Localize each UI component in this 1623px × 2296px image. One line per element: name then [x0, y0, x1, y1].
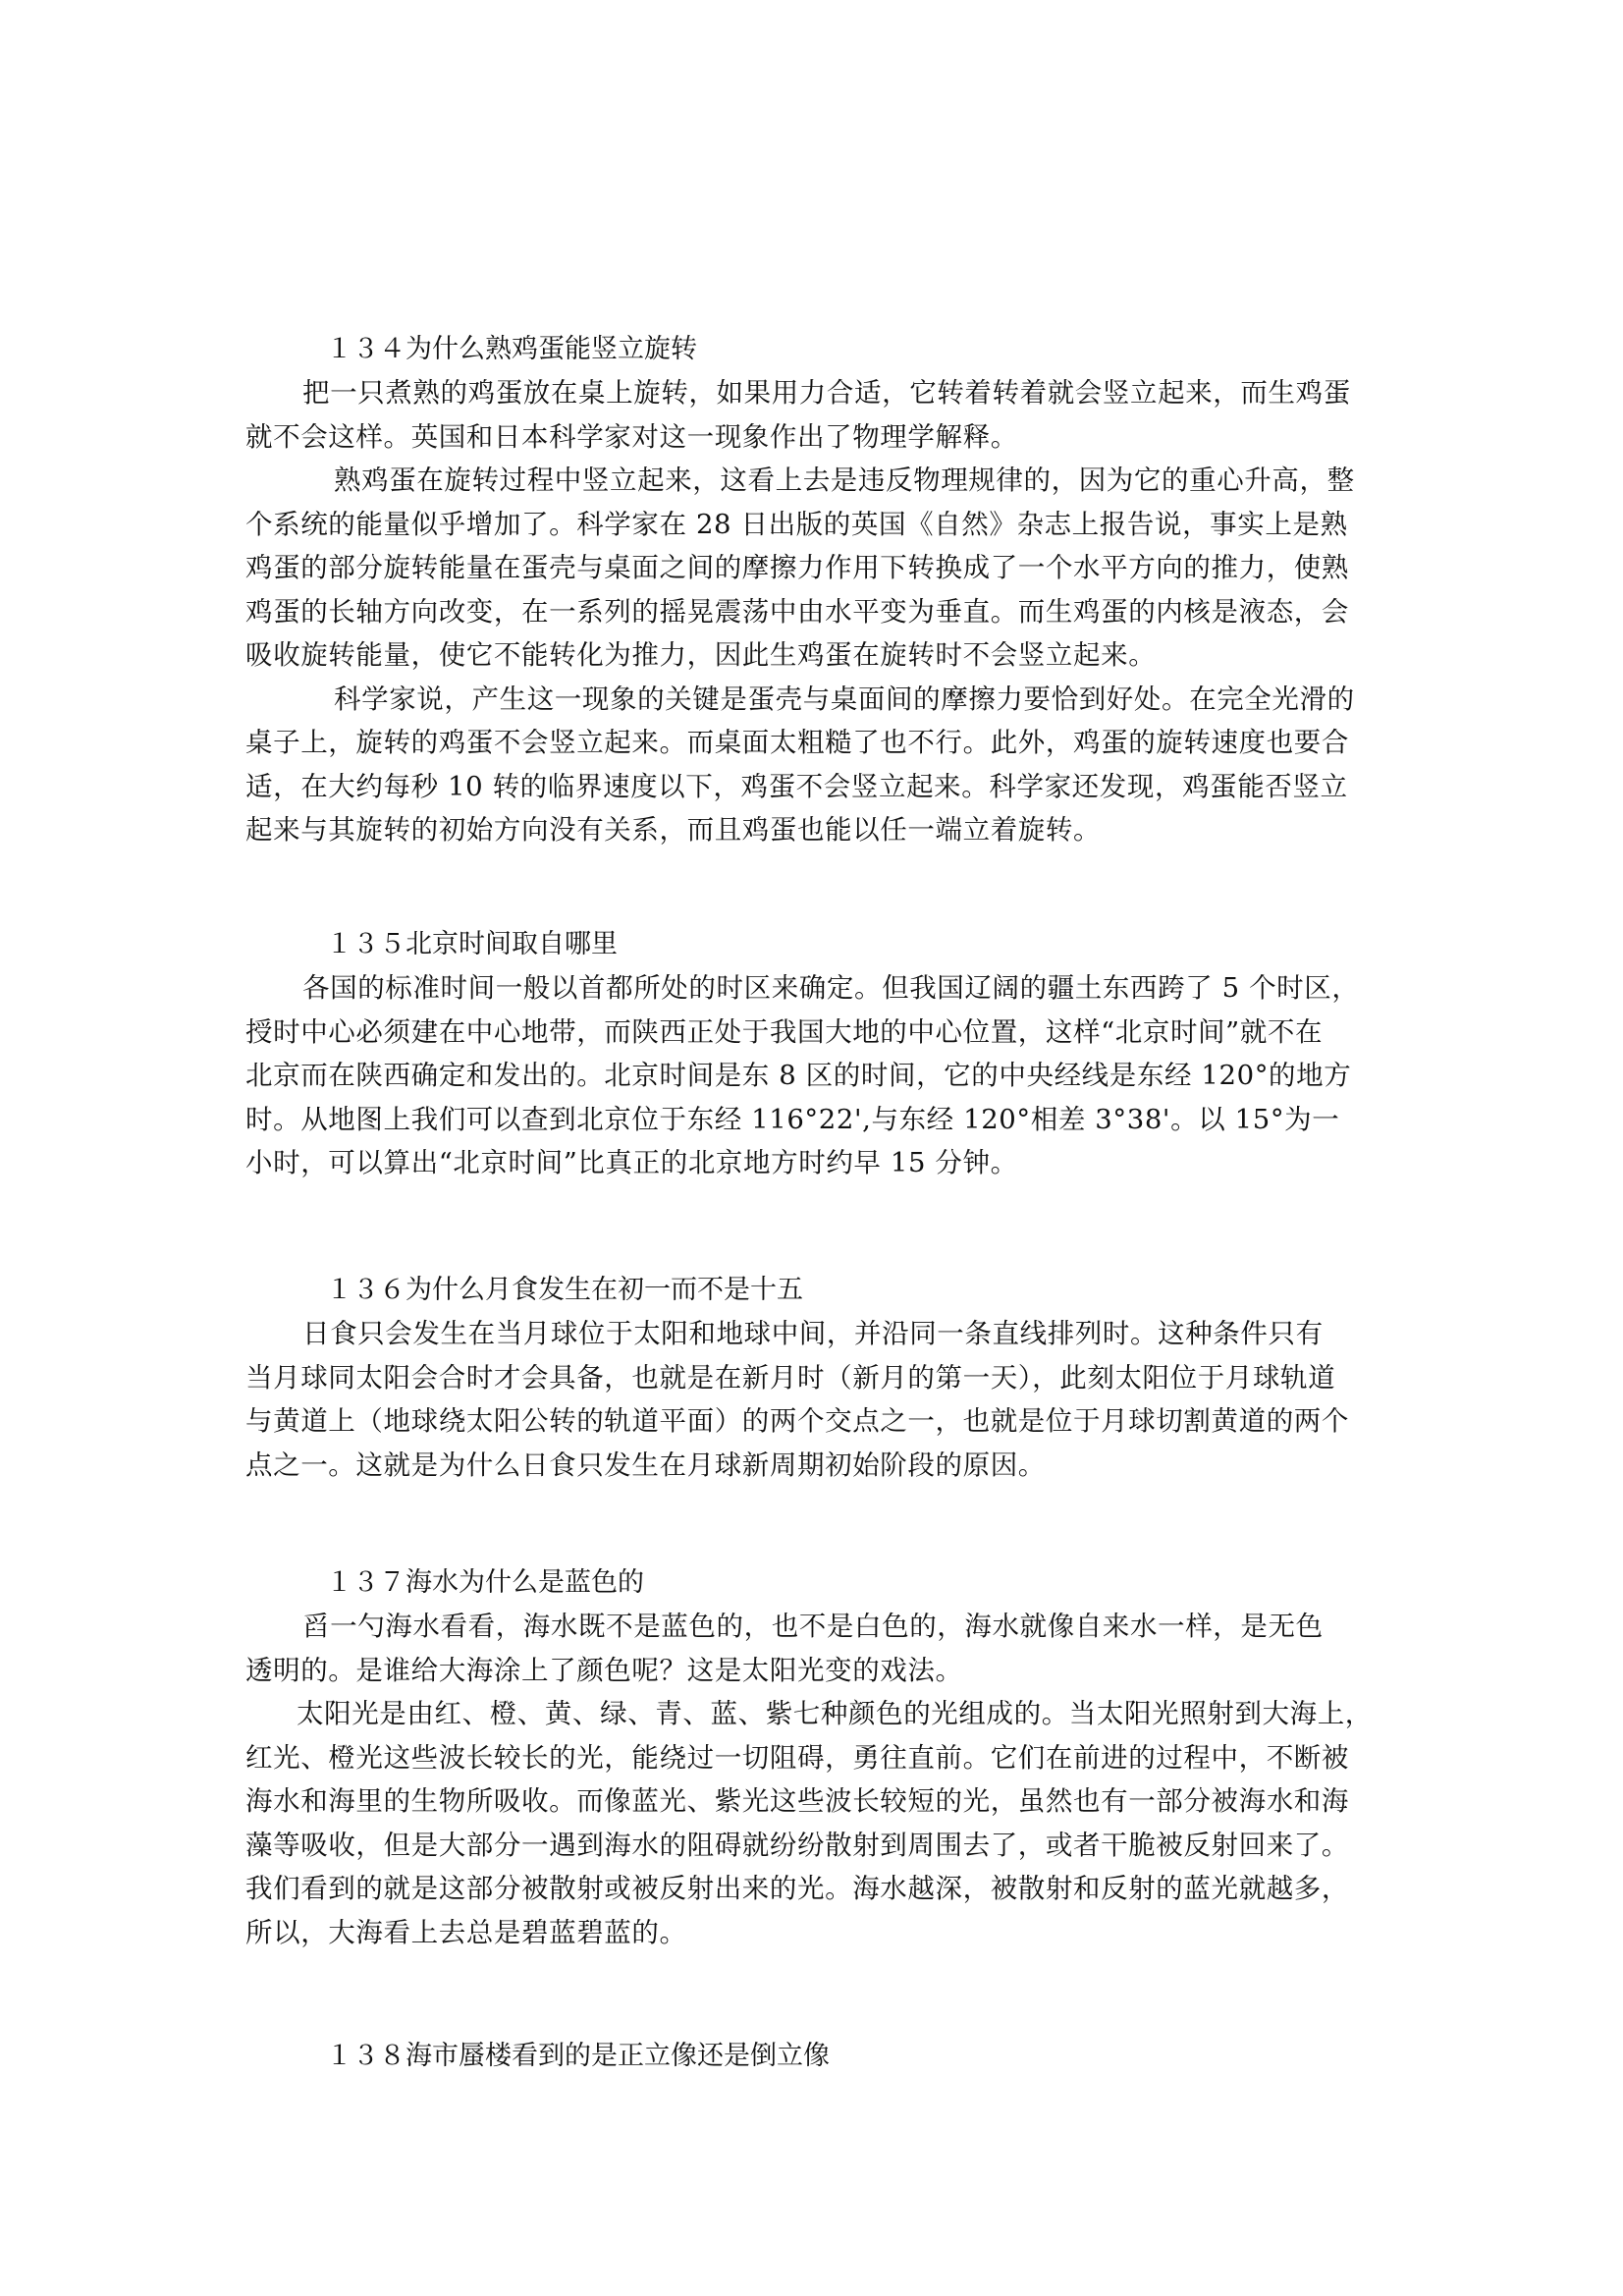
- section-title: １３５北京时间取自哪里: [245, 923, 1384, 966]
- paragraph: 科学家说，产生这一现象的关键是蛋壳与桌面间的摩擦力要恰到好处。在完全光滑的 桌子…: [245, 678, 1384, 852]
- text-line: 红光、橙光这些波长较长的光，能绕过一切阻碍，勇往直前。它们在前进的过程中，不断被: [245, 1736, 1384, 1780]
- text-line: 舀一勺海水看看，海水既不是蓝色的，也不是白色的，海水就像自来水一样，是无色: [245, 1605, 1384, 1649]
- text-line: 就不会这样。英国和日本科学家对这一现象作出了物理学解释。: [245, 415, 1384, 460]
- text-line: 授时中心必须建在中心地带，而陕西正处于我国大地的中心位置，这样“北京时间”就不在: [245, 1011, 1384, 1055]
- paragraph: 熟鸡蛋在旋转过程中竖立起来，这看上去是违反物理规律的，因为它的重心升高，整 个系…: [245, 459, 1384, 678]
- text-line: 日食只会发生在当月球位于太阳和地球中间，并沿同一条直线排列时。这种条件只有: [245, 1312, 1384, 1356]
- text-line: 鸡蛋的长轴方向改变，在一系列的摇晃震荡中由水平变为垂直。而生鸡蛋的内核是液态，会: [245, 590, 1384, 634]
- text-line: 海水和海里的生物所吸收。而像蓝光、紫光这些波长较短的光，虽然也有一部分被海水和海: [245, 1779, 1384, 1824]
- section-137: １３７海水为什么是蓝色的 舀一勺海水看看，海水既不是蓝色的，也不是白色的，海水就…: [245, 1561, 1384, 1954]
- text-line: 藻等吸收，但是大部分一遇到海水的阻碍就纷纷散射到周围去了，或者干脆被反射回来了。: [245, 1824, 1384, 1868]
- paragraph: 太阳光是由红、橙、黄、绿、青、蓝、紫七种颜色的光组成的。当太阳光照射到大海上， …: [245, 1692, 1384, 1954]
- text-line: 点之一。这就是为什么日食只发生在月球新周期初始阶段的原因。: [245, 1444, 1384, 1488]
- paragraph: 日食只会发生在当月球位于太阳和地球中间，并沿同一条直线排列时。这种条件只有 当月…: [245, 1312, 1384, 1487]
- text-line: 适，在大约每秒 10 转的临界速度以下，鸡蛋不会竖立起来。科学家还发现，鸡蛋能否…: [245, 765, 1384, 809]
- section-title: １３６为什么月食发生在初一而不是十五: [245, 1269, 1384, 1312]
- text-line: 桌子上，旋转的鸡蛋不会竖立起来。而桌面太粗糙了也不行。此外，鸡蛋的旋转速度也要合: [245, 721, 1384, 765]
- text-line: 我们看到的就是这部分被散射或被反射出来的光。海水越深，被散射和反射的蓝光就越多，: [245, 1867, 1384, 1911]
- text-line: 科学家说，产生这一现象的关键是蛋壳与桌面间的摩擦力要恰到好处。在完全光滑的: [245, 678, 1384, 722]
- text-line: 鸡蛋的部分旋转能量在蛋壳与桌面之间的摩擦力作用下转换成了一个水平方向的推力，使熟: [245, 546, 1384, 590]
- text-line: 熟鸡蛋在旋转过程中竖立起来，这看上去是违反物理规律的，因为它的重心升高，整: [245, 459, 1384, 503]
- section-title: １３７海水为什么是蓝色的: [245, 1561, 1384, 1605]
- text-line: 与黄道上（地球绕太阳公转的轨道平面）的两个交点之一，也就是位于月球切割黄道的两个: [245, 1399, 1384, 1444]
- text-line: 各国的标准时间一般以首都所处的时区来确定。但我国辽阔的疆土东西跨了 5 个时区，: [245, 966, 1384, 1011]
- section-138: １３８海市蜃楼看到的是正立像还是倒立像: [245, 2035, 1384, 2078]
- section-136: １３６为什么月食发生在初一而不是十五 日食只会发生在当月球位于太阳和地球中间，并…: [245, 1269, 1384, 1487]
- text-line: 时。从地图上我们可以查到北京位于东经 116°22',与东经 120°相差 3°…: [245, 1098, 1384, 1142]
- section-title: １３８海市蜃楼看到的是正立像还是倒立像: [245, 2035, 1384, 2078]
- text-line: 太阳光是由红、橙、黄、绿、青、蓝、紫七种颜色的光组成的。当太阳光照射到大海上，: [245, 1692, 1384, 1736]
- paragraph: 各国的标准时间一般以首都所处的时区来确定。但我国辽阔的疆土东西跨了 5 个时区，…: [245, 966, 1384, 1185]
- paragraph: 舀一勺海水看看，海水既不是蓝色的，也不是白色的，海水就像自来水一样，是无色 透明…: [245, 1605, 1384, 1692]
- text-line: 透明的。是谁给大海涂上了颜色呢？这是太阳光变的戏法。: [245, 1649, 1384, 1693]
- section-134: １３４为什么熟鸡蛋能竖立旋转 把一只煮熟的鸡蛋放在桌上旋转，如果用力合适，它转着…: [245, 328, 1384, 852]
- text-line: 个系统的能量似乎增加了。科学家在 28 日出版的英国《自然》杂志上报告说，事实上…: [245, 503, 1384, 547]
- text-line: 北京而在陕西确定和发出的。北京时间是东 8 区的时间，它的中央经线是东经 120…: [245, 1054, 1384, 1098]
- text-line: 所以，大海看上去总是碧蓝碧蓝的。: [245, 1911, 1384, 1955]
- text-line: 当月球同太阳会合时才会具备，也就是在新月时（新月的第一天），此刻太阳位于月球轨道: [245, 1356, 1384, 1400]
- text-line: 小时，可以算出“北京时间”比真正的北京地方时约早 15 分钟。: [245, 1141, 1384, 1185]
- paragraph: 把一只煮熟的鸡蛋放在桌上旋转，如果用力合适，它转着转着就会竖立起来，而生鸡蛋 就…: [245, 371, 1384, 459]
- text-line: 把一只煮熟的鸡蛋放在桌上旋转，如果用力合适，它转着转着就会竖立起来，而生鸡蛋: [245, 371, 1384, 415]
- section-title: １３４为什么熟鸡蛋能竖立旋转: [245, 328, 1384, 371]
- section-135: １３５北京时间取自哪里 各国的标准时间一般以首都所处的时区来确定。但我国辽阔的疆…: [245, 923, 1384, 1185]
- text-line: 起来与其旋转的初始方向没有关系，而且鸡蛋也能以任一端立着旋转。: [245, 808, 1384, 852]
- text-line: 吸收旋转能量，使它不能转化为推力，因此生鸡蛋在旋转时不会竖立起来。: [245, 633, 1384, 678]
